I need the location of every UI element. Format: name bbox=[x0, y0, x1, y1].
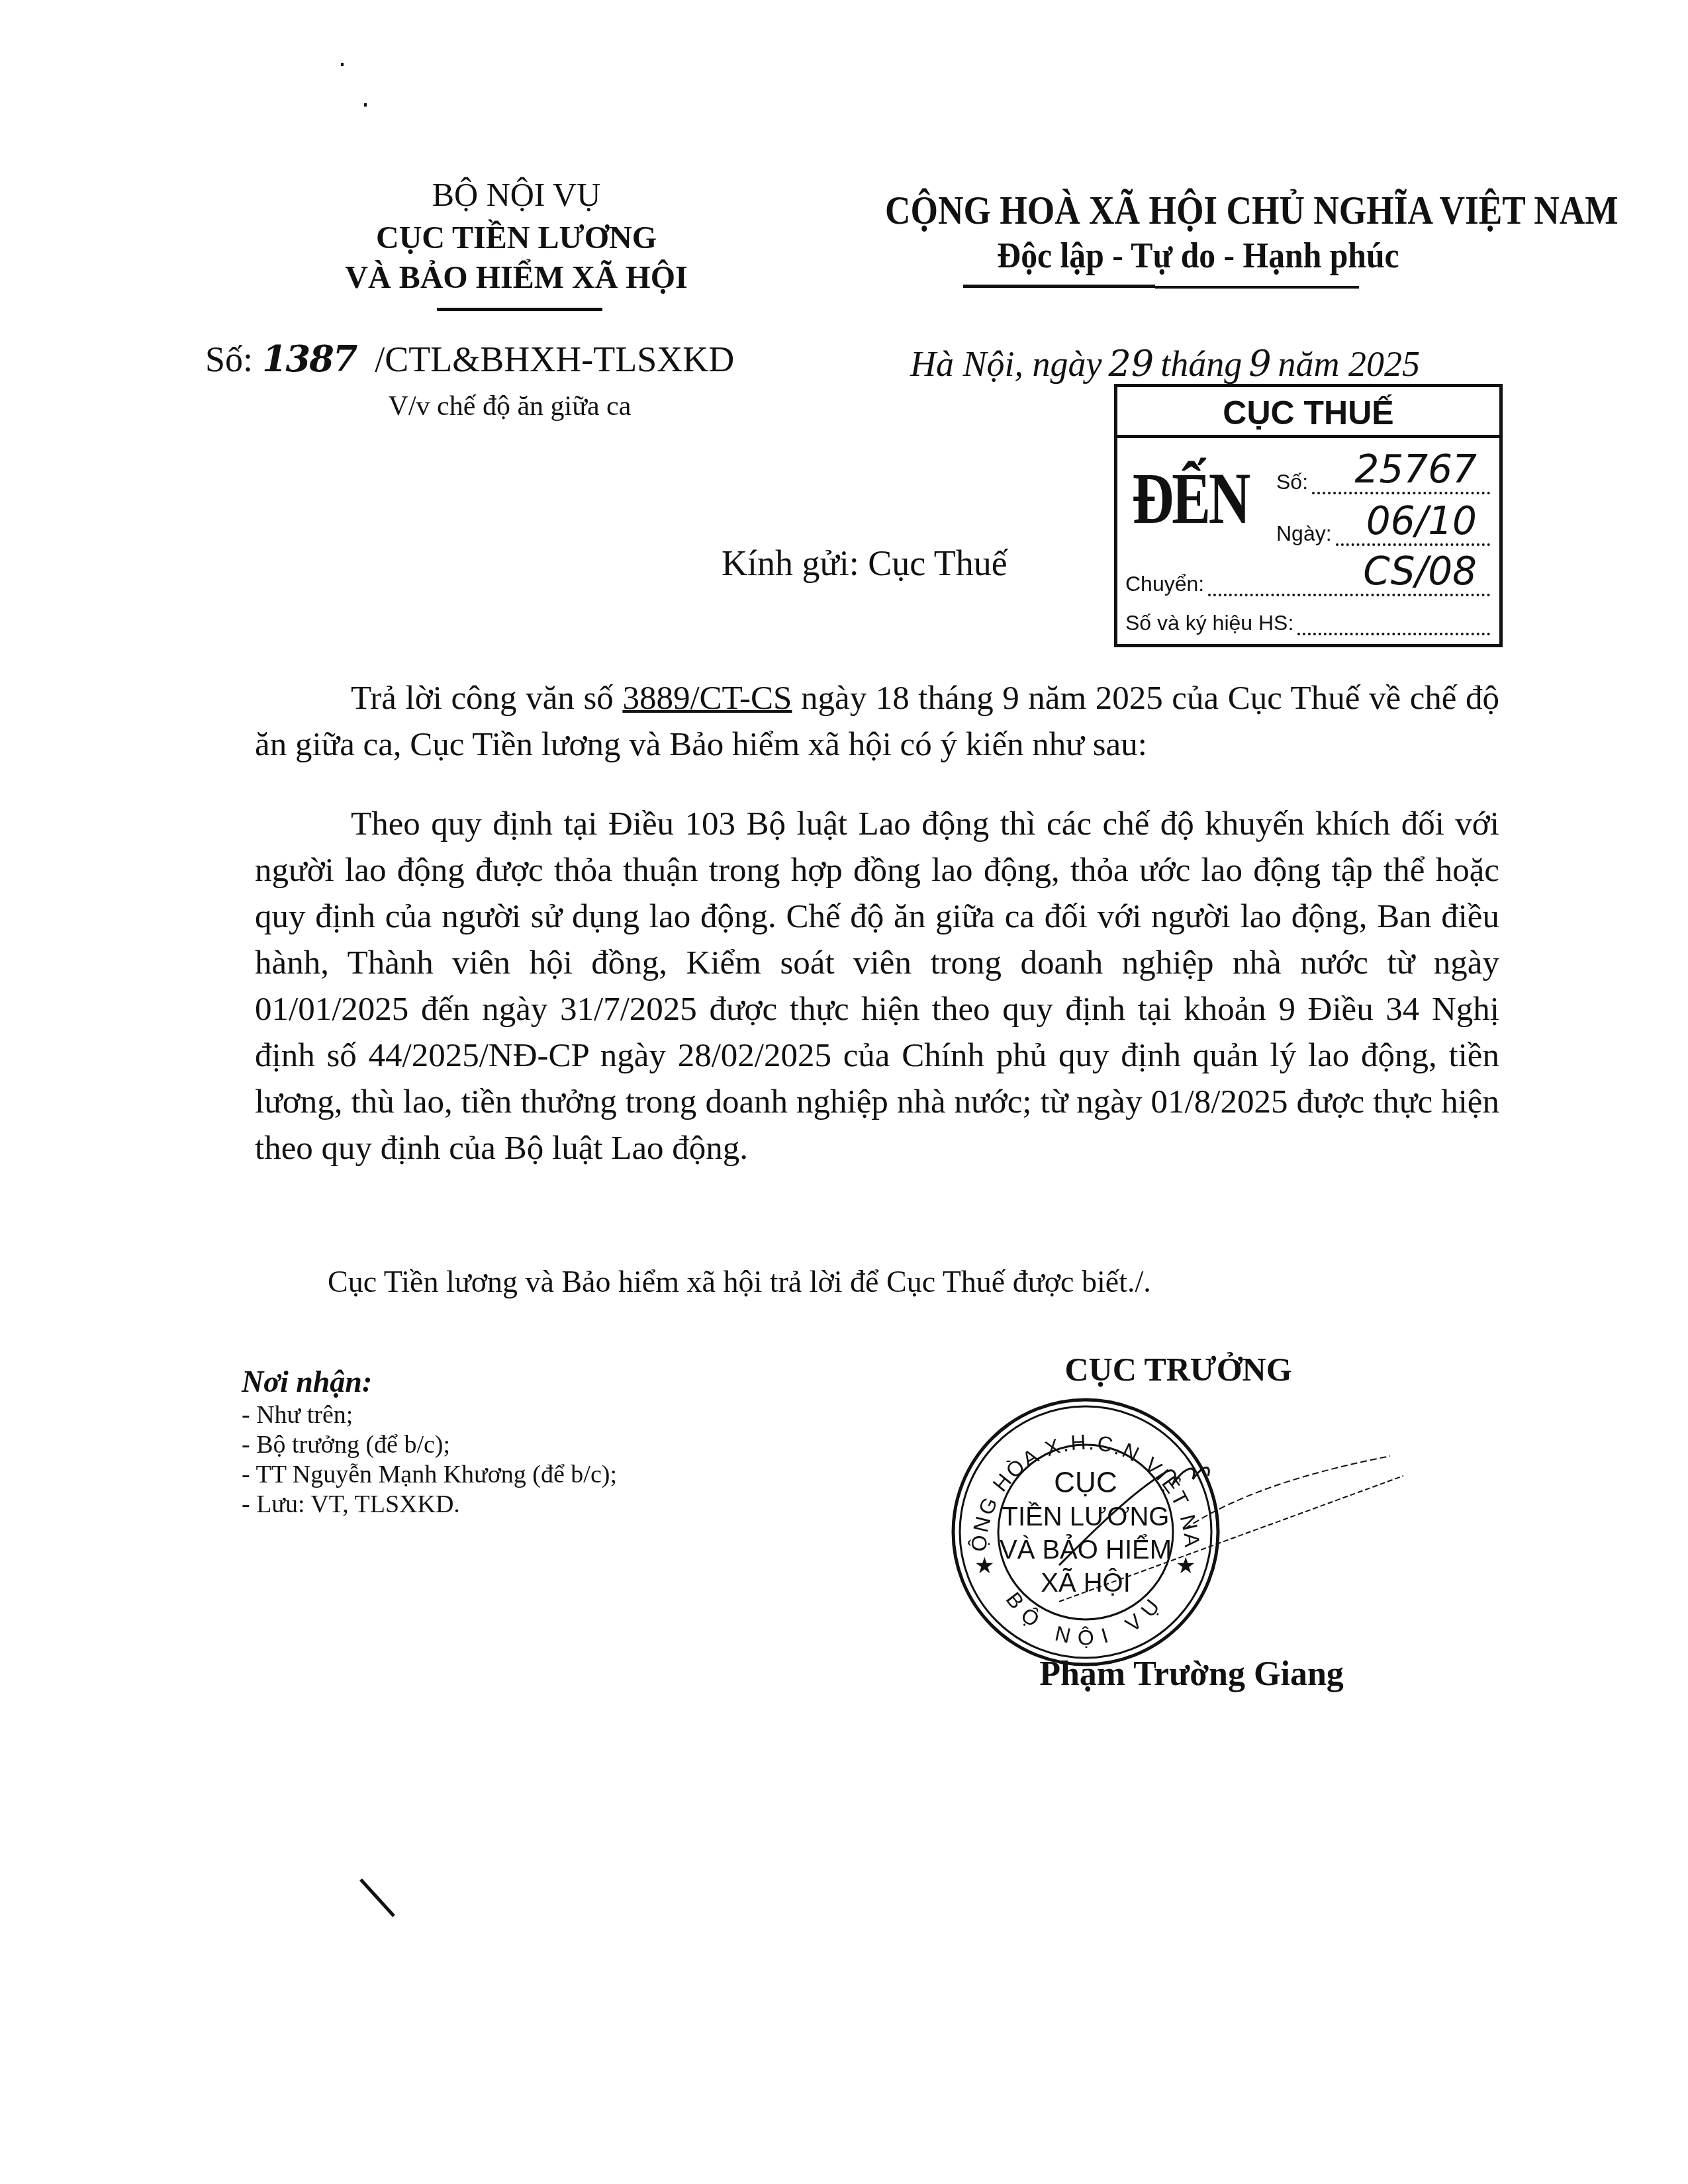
recipients-list: Nơi nhận: - Như trên; - Bộ trưởng (để b/… bbox=[242, 1367, 617, 1520]
document-number: Số:1387/CTL&BHXH-TLSXKD bbox=[205, 338, 734, 380]
motto-divider-2 bbox=[1155, 286, 1359, 289]
letter-body: Trả lời công văn số 3889/CT-CS ngày 18 t… bbox=[255, 675, 1499, 1171]
org-name-line2: VÀ BẢO HIỂM XÃ HỘI bbox=[285, 258, 748, 298]
recipient-item: - Lưu: VT, TLSXKD. bbox=[242, 1490, 617, 1520]
referenced-document: 3889/CT-CS bbox=[622, 680, 792, 717]
stamp-row-date: Ngày: 06/10 bbox=[1276, 513, 1490, 546]
recipient-line: Kính gửi: Cục Thuế bbox=[722, 543, 1008, 584]
closing-sentence: Cục Tiền lương và Bảo hiểm xã hội trả lờ… bbox=[328, 1264, 1151, 1299]
stamp-transfer-value: CS/08 bbox=[1363, 549, 1477, 594]
motto-divider bbox=[963, 285, 1155, 288]
stamp-file-label: Số và ký hiệu HS: bbox=[1125, 611, 1293, 635]
date-month: 9 bbox=[1248, 343, 1271, 385]
stamp-den-label: ĐẾN bbox=[1132, 457, 1248, 541]
recipient-item: - Bộ trưởng (để b/c); bbox=[242, 1430, 617, 1460]
org-name-line1: CỤC TIỀN LƯƠNG bbox=[285, 218, 748, 258]
stamp-row-file: Số và ký hiệu HS: bbox=[1125, 599, 1490, 635]
month-label: tháng bbox=[1160, 344, 1242, 384]
place-date-prefix: Hà Nội, ngày bbox=[910, 344, 1102, 384]
signature-flourish-icon bbox=[1046, 1449, 1417, 1608]
issuing-organization: CỤC TIỀN LƯƠNG VÀ BẢO HIỂM XÃ HỘI bbox=[285, 218, 748, 298]
recipient-item: - TT Nguyễn Mạnh Khương (để b/c); bbox=[242, 1460, 617, 1490]
signer-name: Phạm Trường Giang bbox=[960, 1655, 1423, 1694]
paragraph-1: Trả lời công văn số 3889/CT-CS ngày 18 t… bbox=[255, 675, 1499, 768]
signer-title: CỤC TRƯỞNG bbox=[993, 1350, 1364, 1388]
stamp-date-value: 06/10 bbox=[1366, 498, 1477, 543]
scan-artifact bbox=[357, 1876, 410, 1923]
paragraph-2: Theo quy định tại Điều 103 Bộ luật Lao đ… bbox=[255, 801, 1499, 1171]
national-title: CỘNG HOÀ XÃ HỘI CHỦ NGHĨA VIỆT NAM bbox=[885, 187, 1511, 234]
national-motto: Độc lập - Tự do - Hạnh phúc bbox=[863, 235, 1533, 276]
place-date: Hà Nội, ngày29tháng9năm 2025 bbox=[910, 343, 1420, 385]
stamp-date-label: Ngày: bbox=[1276, 522, 1332, 546]
stamp-number-label: Số: bbox=[1276, 470, 1308, 494]
date-day: 29 bbox=[1109, 343, 1154, 385]
recipients-title: Nơi nhận: bbox=[242, 1367, 617, 1396]
p1-text-start: Trả lời công văn số bbox=[351, 680, 622, 717]
stamp-row-transfer: Chuyển: CS/08 bbox=[1125, 557, 1490, 596]
handwritten-number: 1387 bbox=[262, 338, 356, 380]
stamp-number-value: 25767 bbox=[1354, 447, 1477, 492]
scan-artifact bbox=[341, 63, 344, 66]
org-divider bbox=[437, 308, 602, 311]
recipient-item: - Như trên; bbox=[242, 1400, 617, 1430]
year-label: năm 2025 bbox=[1278, 344, 1421, 384]
star-icon: ★ bbox=[974, 1554, 994, 1578]
number-suffix: /CTL&BHXH-TLSXKD bbox=[375, 340, 734, 379]
stamp-title: CỤC THUẾ bbox=[1117, 387, 1499, 438]
parent-organization: BỘ NỘI VỤ bbox=[285, 175, 748, 214]
document-subject: V/v chế độ ăn giữa ca bbox=[278, 390, 741, 422]
number-label: Số: bbox=[205, 340, 253, 379]
incoming-stamp: CỤC THUẾ ĐẾN Số: 25767 Ngày: 06/10 Chuyể… bbox=[1114, 384, 1503, 647]
stamp-row-number: Số: 25767 bbox=[1276, 461, 1490, 494]
stamp-transfer-label: Chuyển: bbox=[1125, 572, 1204, 596]
scan-artifact bbox=[364, 103, 367, 107]
